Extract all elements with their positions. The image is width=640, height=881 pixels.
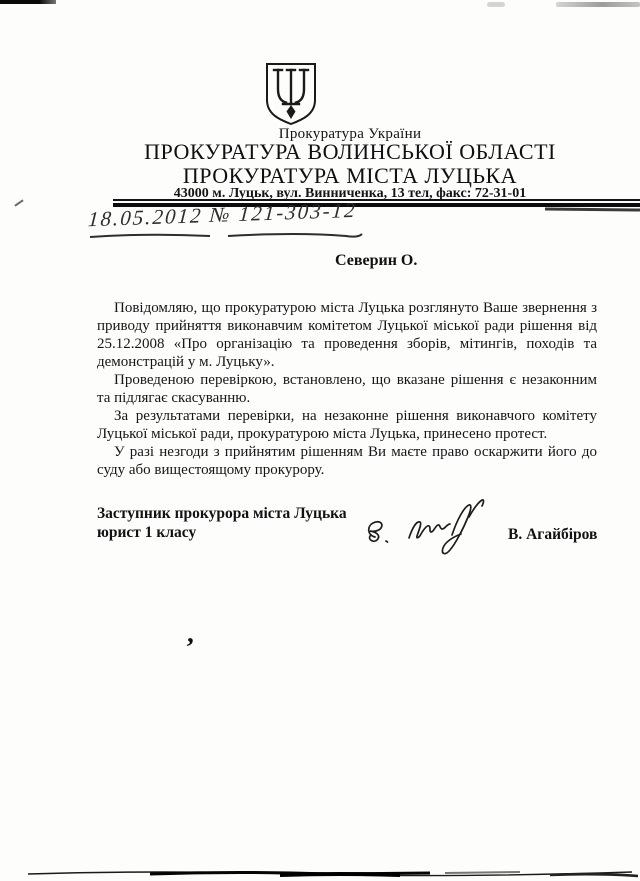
signoff-position-line2: юрист 1 класу <box>97 523 347 542</box>
scan-artifact-top-right <box>556 2 640 7</box>
recipient-name: Северин О. <box>335 252 417 270</box>
scan-artifact-top-left <box>0 0 56 4</box>
signoff-position: Заступник прокурора міста Луцька юрист 1… <box>97 504 347 542</box>
scan-artifact-margin-tick <box>14 199 23 206</box>
handwritten-underline <box>88 230 364 246</box>
scan-artifact-top-smudge <box>487 2 505 7</box>
body-paragraph: За результатами перевірки, на незаконне … <box>97 407 597 443</box>
header-divider-skew-artifact <box>545 208 640 212</box>
org-title-line1: ПРОКУРАТУРА ВОЛИНСЬКОЇ ОБЛАСТІ <box>60 139 640 165</box>
scanned-letter-page: Прокуратура України ПРОКУРАТУРА ВОЛИНСЬК… <box>0 0 640 881</box>
body-paragraph: У разі незгоди з прийнятим рішенням Ви м… <box>97 443 597 479</box>
body-paragraph: Повідомляю, що прокуратурою міста Луцька… <box>97 299 597 371</box>
trident-emblem-icon <box>263 62 319 126</box>
handwritten-signature <box>345 493 510 563</box>
scan-artifact-bottom-edge <box>0 864 640 880</box>
signoff-name: В. Агайбіров <box>508 526 597 544</box>
scan-artifact-ink-mark: ’ <box>183 632 195 664</box>
signoff-position-line1: Заступник прокурора міста Луцька <box>97 504 347 523</box>
body-paragraph: Проведеною перевіркою, встановлено, що в… <box>97 371 597 407</box>
letter-body: Повідомляю, що прокуратурою міста Луцька… <box>97 299 597 479</box>
